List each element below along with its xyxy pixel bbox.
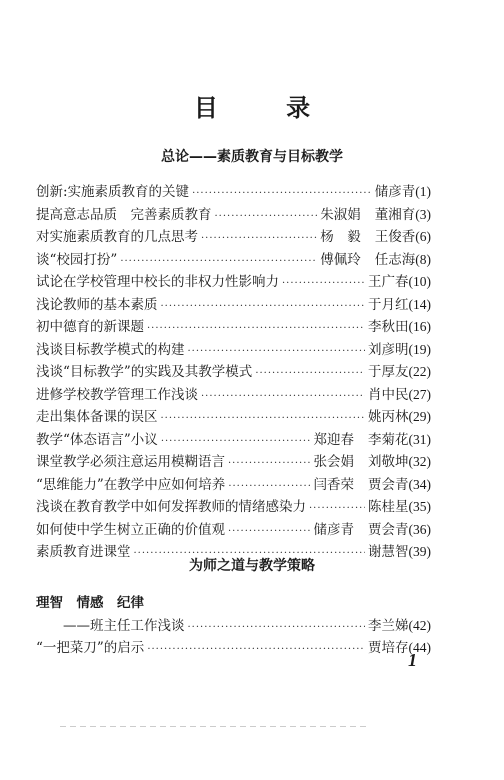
toc-entry-page: (14)	[409, 294, 432, 317]
dot-leader	[161, 431, 311, 454]
toc-entry-author: 贾培存	[368, 637, 409, 660]
toc-entry[interactable]: 初中德育的新课题李秋田(16)	[36, 316, 431, 339]
toc-entry[interactable]: 谈“校园打扮”傅佩玲任志海(8)	[36, 249, 431, 272]
toc-entry[interactable]: 浅谈目标教学模式的构建刘彦明(19)	[36, 339, 431, 362]
toc-entry-title: 浅论教师的基本素质	[36, 294, 158, 317]
footer-page-number: 1	[408, 650, 417, 671]
toc-entry-title: 浅谈“目标教学”的实践及其教学模式	[36, 361, 252, 384]
toc-entry-title: 谈“校园打扮”	[36, 249, 117, 272]
toc-entry-title: 走出集体备课的误区	[36, 406, 158, 429]
dot-leader	[228, 476, 310, 499]
toc-entry-author: 闫香荣	[314, 474, 355, 497]
toc-entry-title: 进修学校教学管理工作浅谈	[36, 384, 198, 407]
toc-entry-page: (10)	[409, 271, 432, 294]
section-heading-1: 总论——素质教育与目标教学	[0, 146, 504, 166]
dot-leader	[188, 617, 366, 640]
toc-entry[interactable]: “思维能力”在教学中应如何培养闫香荣贾会青(34)	[36, 474, 431, 497]
scan-artifact	[60, 726, 370, 727]
toc-section-2: 理智 情感 纪律 ——班主任工作浅谈李兰娣(42)“一把菜刀”的启示贾培存(44…	[36, 592, 431, 660]
toc-entry-author: 贾会青	[368, 474, 409, 497]
toc-entry[interactable]: 提高意志品质 完善素质教育朱淑娟董湘育(3)	[36, 204, 431, 227]
toc-entry-author: 储彦青	[375, 181, 416, 204]
toc-entry-author: 董湘育	[375, 204, 416, 227]
toc-entry-author: 郑迎春	[314, 429, 355, 452]
toc-entry-page: (36)	[409, 519, 432, 542]
toc-entry[interactable]: 浅谈在教育教学中如何发挥教师的情绪感染力陈桂星(35)	[36, 496, 431, 519]
toc-entry-title: 浅谈在教育教学中如何发挥教师的情绪感染力	[36, 496, 306, 519]
toc-entry-author: 李秋田	[368, 316, 409, 339]
toc-entry-author: 王广春	[368, 271, 409, 294]
toc-entry-title: “思维能力”在教学中应如何培养	[36, 474, 225, 497]
dot-leader	[161, 408, 366, 431]
dot-leader	[215, 206, 318, 229]
toc-entry-page: (22)	[409, 361, 432, 384]
dot-leader	[147, 639, 365, 662]
toc-entry[interactable]: 如何使中学生树立正确的价值观储彦青贾会青(36)	[36, 519, 431, 542]
dot-leader	[309, 498, 365, 521]
toc-entry-author: 刘敬坤	[368, 451, 409, 474]
dot-leader	[228, 453, 311, 476]
dot-leader	[282, 273, 365, 296]
toc-entry-page: (27)	[409, 384, 432, 407]
toc-entry-preline: 理智 情感 纪律	[36, 592, 431, 615]
toc-entry-author: 傅佩玲	[320, 249, 361, 272]
toc-entry-author: 刘彦明	[368, 339, 409, 362]
toc-entry-page: (16)	[409, 316, 432, 339]
toc-entry-title: 如何使中学生树立正确的价值观	[36, 519, 225, 542]
toc-entry-page: (29)	[409, 406, 432, 429]
dot-leader	[255, 363, 365, 386]
section-heading-2: 为师之道与教学策略	[0, 555, 504, 575]
toc-entry-title: 教学“体态语言”小议	[36, 429, 158, 452]
dot-leader	[201, 228, 317, 251]
toc-entry-title: 试论在学校管理中校长的非权力性影响力	[36, 271, 279, 294]
toc-entry[interactable]: 课堂教学必须注意运用模糊语言张会娟刘敬坤(32)	[36, 451, 431, 474]
toc-entry[interactable]: 浅论教师的基本素质于月红(14)	[36, 294, 431, 317]
toc-entry-page: (32)	[409, 451, 432, 474]
toc-entry-page: (42)	[409, 615, 432, 638]
toc-section-1: 创新:实施素质教育的关键储彦青(1)提高意志品质 完善素质教育朱淑娟董湘育(3)…	[36, 181, 431, 564]
toc-entry[interactable]: 创新:实施素质教育的关键储彦青(1)	[36, 181, 431, 204]
toc-entry-author: 肖中民	[368, 384, 409, 407]
toc-entry-page: (6)	[415, 226, 431, 249]
toc-entry[interactable]: 浅谈“目标教学”的实践及其教学模式于厚友(22)	[36, 361, 431, 384]
toc-entry[interactable]: 对实施素质教育的几点思考杨 毅王俊香(6)	[36, 226, 431, 249]
toc-entry-author: 李菊花	[368, 429, 409, 452]
toc-entry-author: 张会娟	[314, 451, 355, 474]
toc-entry-page: (1)	[415, 181, 431, 204]
toc-entry[interactable]: 进修学校教学管理工作浅谈肖中民(27)	[36, 384, 431, 407]
toc-entry[interactable]: 走出集体备课的误区姚丙林(29)	[36, 406, 431, 429]
toc-entry[interactable]: “一把菜刀”的启示贾培存(44)	[36, 637, 431, 660]
toc-entry-title: ——班主任工作浅谈	[36, 615, 185, 638]
toc-entry-author: 于月红	[368, 294, 409, 317]
toc-entry-author: 王俊香	[375, 226, 416, 249]
toc-entry-author: 任志海	[375, 249, 416, 272]
dot-leader	[192, 183, 372, 206]
dot-leader	[120, 251, 317, 274]
toc-entry-title: 对实施素质教育的几点思考	[36, 226, 198, 249]
toc-entry[interactable]: 试论在学校管理中校长的非权力性影响力王广春(10)	[36, 271, 431, 294]
toc-entry-title: 创新:实施素质教育的关键	[36, 181, 189, 204]
toc-entry-page: (8)	[415, 249, 431, 272]
toc-entry[interactable]: ——班主任工作浅谈李兰娣(42)	[36, 615, 431, 638]
toc-entry-page: (3)	[415, 204, 431, 227]
dot-leader	[161, 296, 366, 319]
dot-leader	[228, 521, 311, 544]
toc-entry-title: 提高意志品质 完善素质教育	[36, 204, 212, 227]
toc-entry-author: 杨 毅	[320, 226, 361, 249]
toc-entry-author: 陈桂星	[368, 496, 409, 519]
toc-entry-author: 储彦青	[314, 519, 355, 542]
toc-entry-author: 姚丙林	[368, 406, 409, 429]
toc-entry-page: (35)	[409, 496, 432, 519]
toc-entry-author: 朱淑娟	[320, 204, 361, 227]
page-title: 目 录	[0, 88, 504, 123]
toc-entry-author: 李兰娣	[368, 615, 409, 638]
toc-entry[interactable]: 教学“体态语言”小议郑迎春李菊花(31)	[36, 429, 431, 452]
dot-leader	[201, 386, 365, 409]
dot-leader	[188, 341, 366, 364]
toc-entry-title: 课堂教学必须注意运用模糊语言	[36, 451, 225, 474]
dot-leader	[147, 318, 365, 341]
toc-entry-title: 初中德育的新课题	[36, 316, 144, 339]
toc-entry-page: (34)	[409, 474, 432, 497]
toc-entry-author: 于厚友	[368, 361, 409, 384]
toc-entry-title: 浅谈目标教学模式的构建	[36, 339, 185, 362]
toc-entry-title: “一把菜刀”的启示	[36, 637, 144, 660]
toc-entry-page: (19)	[409, 339, 432, 362]
toc-entry-author: 贾会青	[368, 519, 409, 542]
toc-entry-page: (31)	[409, 429, 432, 452]
